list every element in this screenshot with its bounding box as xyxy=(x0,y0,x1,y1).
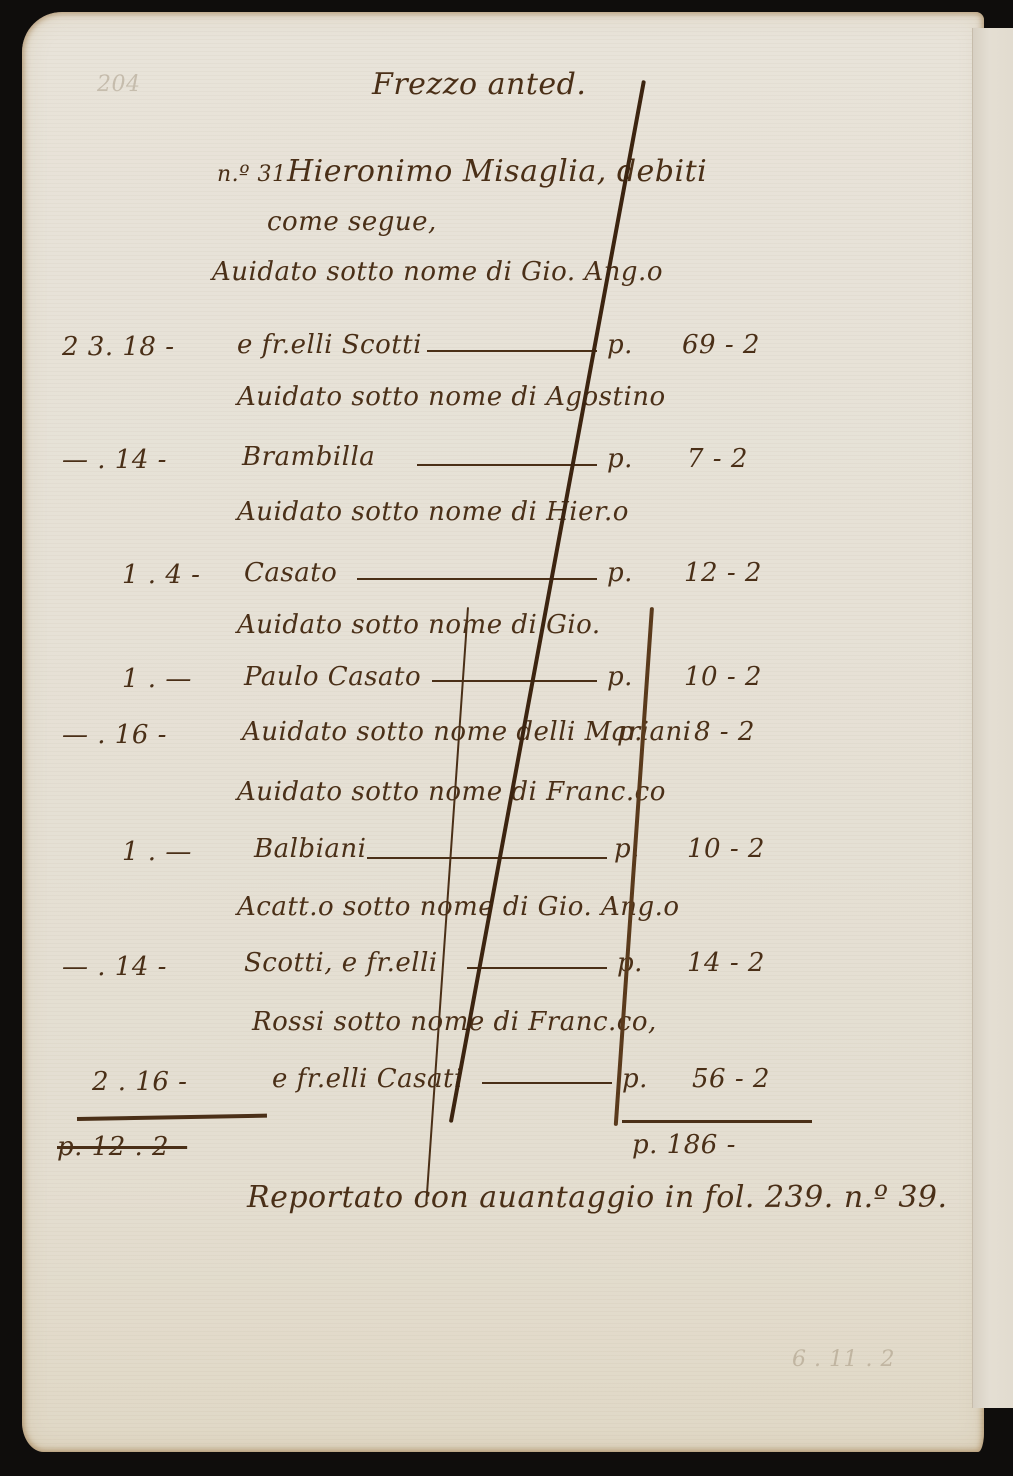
entry-6-margin: 1 . — xyxy=(122,837,192,867)
entry-4-page-ref: p. xyxy=(607,662,633,692)
entry-1-line2: e fr.elli Scotti xyxy=(237,330,422,360)
entry-8-margin: 2 . 16 - xyxy=(92,1067,187,1097)
entry-4-amount: 10 - 2 xyxy=(684,662,762,692)
entry-7-margin: — . 14 - xyxy=(62,952,167,982)
entry-5-amount: 8 - 2 xyxy=(694,717,755,747)
entry-4-line2: Paulo Casato xyxy=(244,662,421,692)
bleedthrough-number: 204 xyxy=(97,72,141,97)
account-number: n.º 31 xyxy=(217,162,287,187)
entry-1-amount: 69 - 2 xyxy=(682,330,760,360)
footer-note: Reportato con auantaggio in fol. 239. n.… xyxy=(247,1180,948,1215)
entry-2-line2: Brambilla xyxy=(242,442,375,472)
entry-8-amount: 56 - 2 xyxy=(692,1064,770,1094)
page-header: Frezzo anted. xyxy=(372,67,586,102)
account-continuation: come segue, xyxy=(267,207,437,237)
entry-8-page-ref: p. xyxy=(622,1064,648,1094)
entry-2-page-ref: p. xyxy=(607,444,633,474)
entry-6-amount: 10 - 2 xyxy=(687,834,765,864)
entry-6-line1: Auidato sotto nome di Franc.co xyxy=(237,777,666,807)
entry-4-margin: 1 . — xyxy=(122,664,192,694)
entry-2-amount: 7 - 2 xyxy=(687,444,748,474)
entry-4-leader xyxy=(432,680,597,682)
bleedthrough-total: 6 . 11 . 2 xyxy=(792,1347,895,1372)
left-total: p. 12 . 2 - xyxy=(57,1132,187,1162)
account-holder: Hieronimo Misaglia, debiti xyxy=(287,154,707,189)
entry-7-page-ref: p. xyxy=(617,948,643,978)
entry-6-leader xyxy=(367,857,607,859)
entry-1-page-ref: p. xyxy=(607,330,633,360)
entry-3-amount: 12 - 2 xyxy=(684,558,762,588)
ledger-page: 204 6 . 11 . 2 Frezzo anted. n.º 31 Hier… xyxy=(22,12,984,1452)
entry-8-leader xyxy=(482,1082,612,1084)
entry-3-margin: 1 . 4 - xyxy=(122,560,200,590)
entry-3-line2: Casato xyxy=(244,558,337,588)
entry-7-line2: Scotti, e fr.elli xyxy=(244,948,438,978)
entry-1-line1: Auidato sotto nome di Gio. Ang.o xyxy=(212,257,663,287)
entry-7-amount: 14 - 2 xyxy=(687,948,765,978)
entry-3-leader xyxy=(357,578,597,580)
right-total: p. 186 - xyxy=(632,1130,736,1160)
entry-8-line1: Rossi sotto nome di Franc.co, xyxy=(252,1007,657,1037)
adjacent-page-edge xyxy=(972,28,1013,1408)
entry-6-line2: Balbiani xyxy=(254,834,366,864)
entry-5-page-ref: p. xyxy=(617,717,643,747)
entry-7-leader xyxy=(467,967,607,969)
right-total-rule xyxy=(622,1120,812,1123)
entry-1-margin: 2 3. 18 - xyxy=(62,332,175,362)
entry-2-line1: Auidato sotto nome di Agostino xyxy=(237,382,666,412)
entry-1-leader xyxy=(427,350,597,352)
entry-3-line1: Auidato sotto nome di Hier.o xyxy=(237,497,629,527)
entry-7-line1: Acatt.o sotto nome di Gio. Ang.o xyxy=(237,892,680,922)
entry-2-margin: — . 14 - xyxy=(62,445,167,475)
entry-3-page-ref: p. xyxy=(607,558,633,588)
entry-5-margin: — . 16 - xyxy=(62,720,167,750)
left-total-rule xyxy=(77,1114,267,1121)
manuscript-scan: 204 6 . 11 . 2 Frezzo anted. n.º 31 Hier… xyxy=(0,0,1013,1476)
